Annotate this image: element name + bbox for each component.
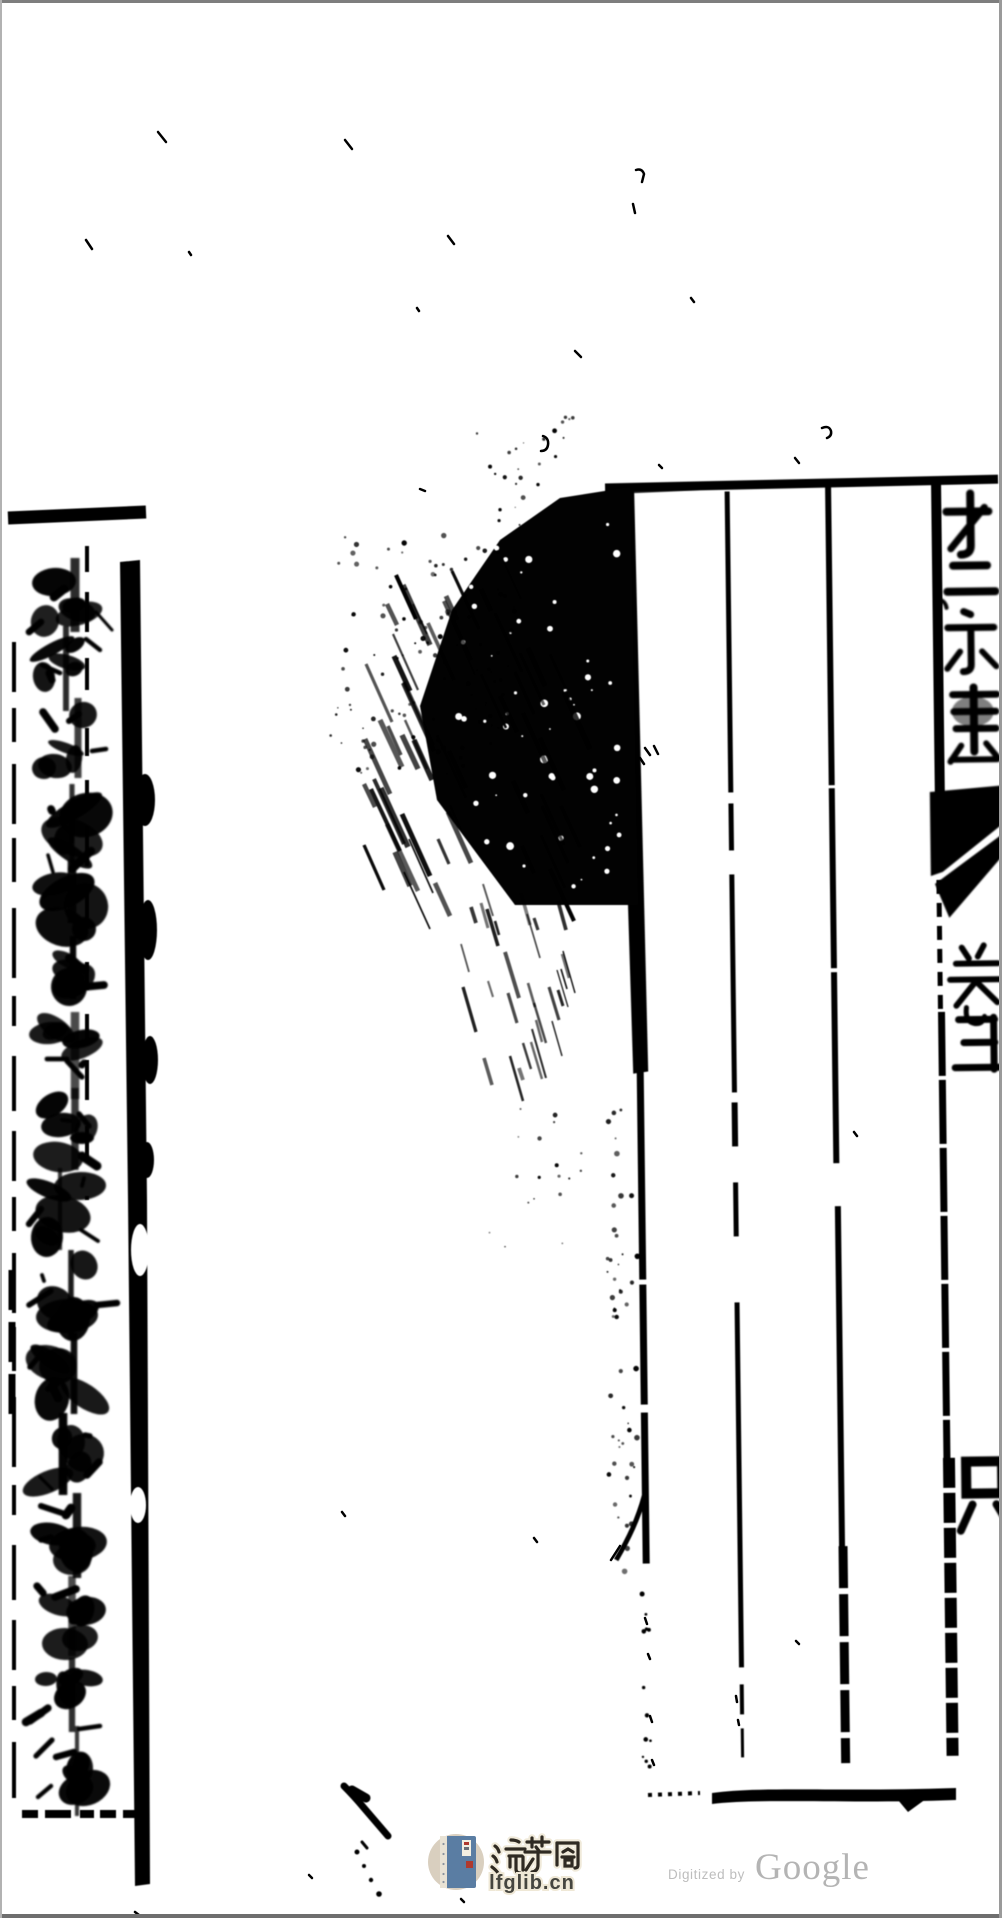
page-frame bbox=[595, 479, 1002, 1769]
spine-title bbox=[939, 493, 998, 762]
ink-smudge bbox=[329, 416, 638, 1248]
column-rule-3 bbox=[828, 485, 846, 1763]
digitized-by-label: Digitized by bbox=[668, 1867, 745, 1882]
scan-border-left bbox=[0, 0, 2, 1918]
page-number-char bbox=[960, 1461, 1002, 1531]
column-rule-2 bbox=[727, 491, 742, 1757]
book-scan-ink: lfglib.cn bbox=[0, 0, 1002, 1918]
spine-rule bbox=[934, 481, 953, 1756]
bottom-frame-smear bbox=[648, 1788, 956, 1812]
scanned-book-page: lfglib.cn Digitized by Google bbox=[0, 0, 1002, 1918]
volume-label bbox=[950, 945, 1002, 1070]
bottom-ink-streak bbox=[344, 1786, 388, 1897]
watermark-book-icon bbox=[440, 1836, 476, 1888]
left-page-edge bbox=[8, 512, 158, 1886]
google-credit: Digitized by Google bbox=[668, 1846, 870, 1889]
fishtail-mark bbox=[930, 785, 1002, 918]
watermark-domain: lfglib.cn bbox=[489, 1872, 575, 1894]
left-thick-bar bbox=[120, 560, 150, 1886]
lfglib-watermark: lfglib.cn bbox=[428, 1834, 578, 1894]
google-logo: Google bbox=[755, 1846, 870, 1889]
mirrored-text-smears bbox=[19, 558, 118, 1816]
scan-border-bottom bbox=[0, 1914, 1002, 1918]
smudge-core bbox=[420, 487, 638, 905]
scan-border-top bbox=[0, 0, 1002, 3]
left-top-bar bbox=[8, 512, 146, 518]
watermark-name bbox=[492, 1837, 578, 1873]
